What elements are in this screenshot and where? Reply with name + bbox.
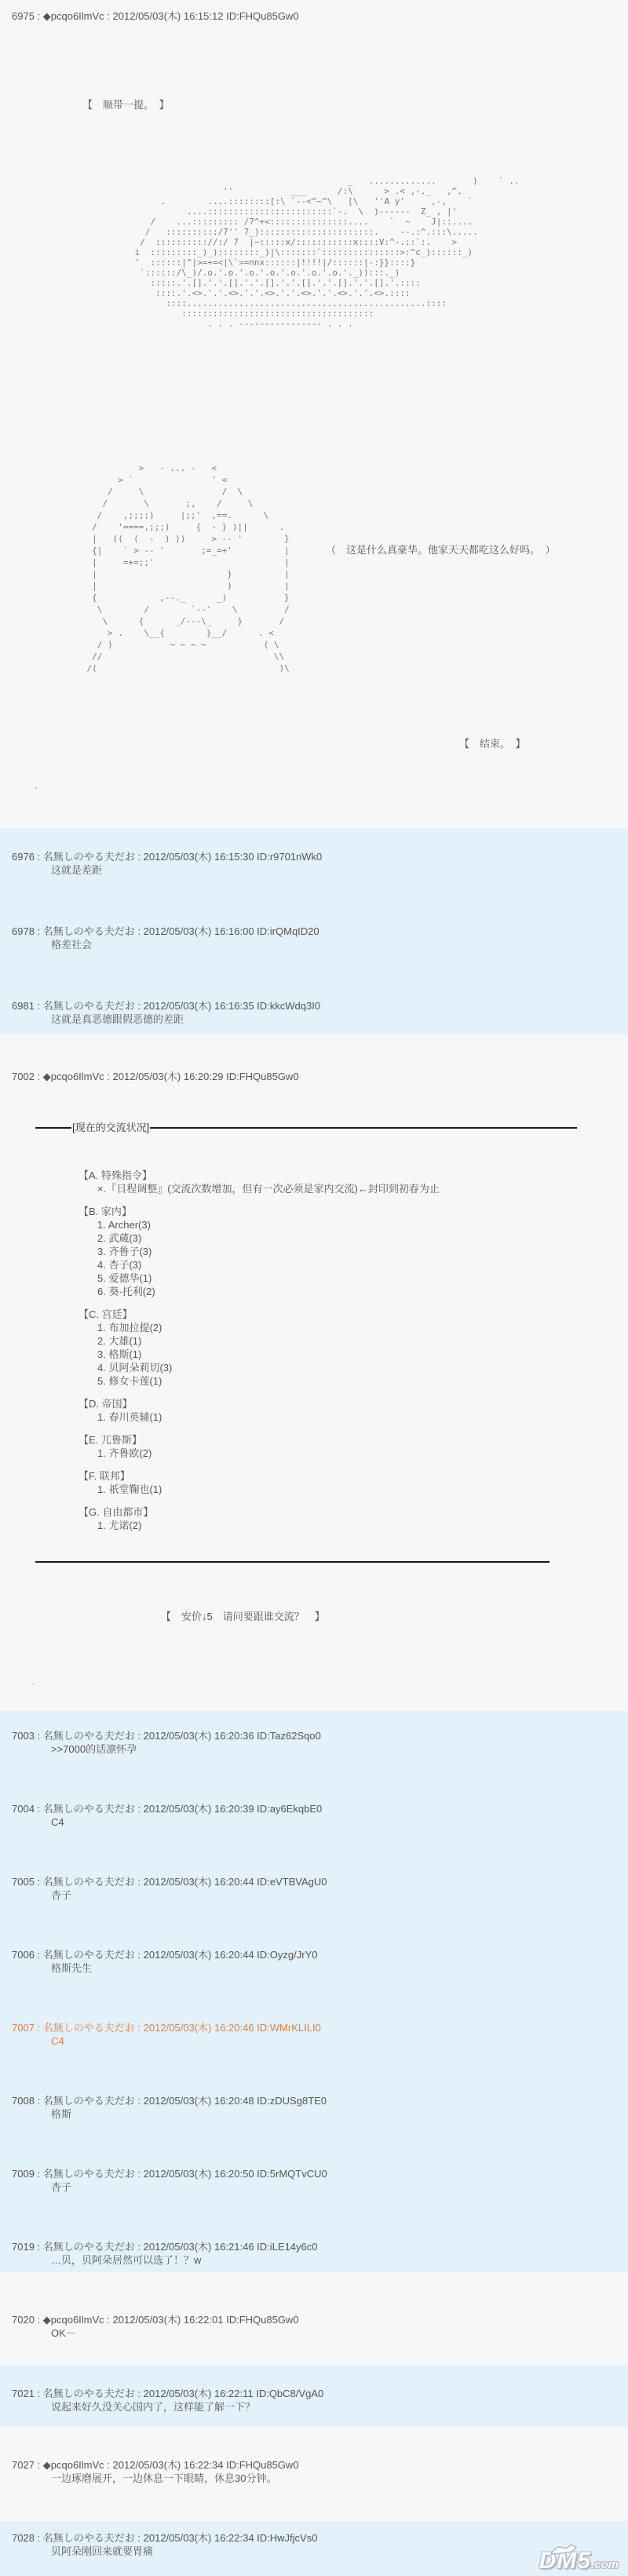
post-timestamp-id: 2012/05/03(木) 16:16:35 ID:kkcWdq3I0 <box>144 1000 320 1012</box>
post-timestamp-id: 2012/05/03(木) 16:22:11 ID:QbC8/VgA0 <box>144 2388 324 2399</box>
separator: : <box>135 2095 144 2107</box>
post-author-name: 名無しのやる夫だお <box>43 925 135 937</box>
post-number: 7009 <box>12 2168 35 2180</box>
roster-item: 3. 齐鲁子(3) <box>97 1245 628 1258</box>
separator: : <box>35 2532 43 2544</box>
divider-label: [现在的交流状况] <box>71 1121 150 1134</box>
roster-heading: 【C. 宫廷】 <box>78 1308 628 1321</box>
separator: : <box>35 925 43 937</box>
post-header: 7027 : ◆pcqo6IlmVc : 2012/05/03(木) 16:22… <box>12 2458 628 2472</box>
separator: : <box>135 851 144 863</box>
post-header: 7002 : ◆pcqo6IlmVc : 2012/05/03(木) 16:20… <box>12 1070 628 1083</box>
post-number: 7021 <box>12 2388 35 2399</box>
post-7002: 7002 : ◆pcqo6IlmVc : 2012/05/03(木) 16:20… <box>0 1034 628 1711</box>
separator: : <box>135 2022 144 2034</box>
divider-line-left <box>35 1127 71 1129</box>
separator: : <box>104 2314 113 2326</box>
post-number: 6978 <box>12 925 35 937</box>
separator: : <box>35 1949 43 1961</box>
separator: : <box>35 2241 43 2253</box>
post-number: 7007 <box>12 2022 35 2034</box>
separator: : <box>135 1876 144 1888</box>
post-author-tripcode: ◆pcqo6IlmVc <box>43 2314 104 2326</box>
stray-dot: . <box>32 1677 628 1687</box>
separator: : <box>35 1876 43 1888</box>
post-7028: 7028 : 名無しのやる夫だお : 2012/05/03(木) 16:22:3… <box>0 2521 628 2576</box>
roster-item: 6. 葵·托利(2) <box>97 1285 628 1298</box>
post-author-name: 名無しのやる夫だお <box>43 2022 135 2034</box>
roster-item: 4. 贝阿朵莉切(3) <box>97 1361 628 1374</box>
post-author-name: 名無しのやる夫だお <box>43 2095 135 2107</box>
post-6981: 6981 : 名無しのやる夫だお : 2012/05/03(木) 16:16:3… <box>0 999 628 1026</box>
dm5-watermark: DM5.com <box>539 2549 619 2573</box>
post-6975: 6975 : ◆pcqo6IlmVc : 2012/05/03(木) 16:15… <box>0 0 628 828</box>
post-author-tripcode: ◆pcqo6IlmVc <box>43 10 104 22</box>
roster-heading: 【A. 特殊指令】 <box>78 1169 628 1182</box>
status-divider: [现在的交流状况] <box>35 1121 577 1134</box>
separator: : <box>35 2314 43 2326</box>
post-header: 7004 : 名無しのやる夫だお : 2012/05/03(木) 16:20:3… <box>12 1802 628 1815</box>
narration-line: 【 顺带一提。 】 <box>82 98 628 111</box>
post-author-name: 名無しのやる夫だお <box>43 1803 135 1815</box>
separator: : <box>35 851 43 863</box>
post-timestamp-id: 2012/05/03(木) 16:20:50 ID:5rMQTvCU0 <box>144 2168 327 2180</box>
post-7005: 7005 : 名無しのやる夫だお : 2012/05/03(木) 16:20:4… <box>0 1875 628 1902</box>
thread-page: 6975 : ◆pcqo6IlmVc : 2012/05/03(木) 16:15… <box>0 0 628 2576</box>
post-timestamp-id: 2012/05/03(木) 16:20:39 ID:ay6EkqbE0 <box>144 1803 323 1815</box>
post-timestamp-id: 2012/05/03(木) 16:20:46 ID:WMrKLILI0 <box>144 2022 321 2034</box>
post-author-name: 名無しのやる夫だお <box>43 1730 135 1742</box>
roster-item: 5. 修女卡莲(1) <box>97 1374 628 1388</box>
roster-heading: 【E. 兀鲁斯】 <box>78 1433 628 1447</box>
post-header: 7028 : 名無しのやる夫だお : 2012/05/03(木) 16:22:3… <box>12 2531 628 2545</box>
post-header: 7003 : 名無しのやる夫だお : 2012/05/03(木) 16:20:3… <box>12 1729 628 1742</box>
roster-items: ×.『日程调整』(交流次数增加，但有一次必须是家内交流)←封印到初春为止 <box>78 1182 628 1195</box>
roster-item: 1. Archer(3) <box>97 1218 628 1231</box>
reader-posts-block-1: 6976 : 名無しのやる夫だお : 2012/05/03(木) 16:15:3… <box>0 828 628 1034</box>
post-number: 7003 <box>12 1730 35 1742</box>
post-header: 7009 : 名無しのやる夫だお : 2012/05/03(木) 16:20:5… <box>12 2167 628 2180</box>
separator: : <box>35 2022 43 2034</box>
post-header: 7021 : 名無しのやる夫だお : 2012/05/03(木) 16:22:1… <box>12 2387 628 2400</box>
post-author-name: 名無しのやる夫だお <box>43 1876 135 1888</box>
roster-heading: 【G. 自由都市】 <box>78 1505 628 1519</box>
roster-group-e: 【E. 兀鲁斯】 1. 齐鲁欧(2) <box>78 1433 628 1460</box>
roster-items: 1. 尤诺(2) <box>78 1519 628 1532</box>
divider-line-right <box>150 1127 577 1129</box>
post-header: 7005 : 名無しのやる夫だお : 2012/05/03(木) 16:20:4… <box>12 1875 628 1888</box>
separator: : <box>35 2388 43 2399</box>
post-header: 7007 : 名無しのやる夫だお : 2012/05/03(木) 16:20:4… <box>12 2021 628 2034</box>
post-text: 格斯 <box>51 2107 628 2121</box>
roster-group-b: 【B. 家内】 1. Archer(3)2. 武蔵(3)3. 齐鲁子(3)4. … <box>78 1205 628 1298</box>
post-author-name: 名無しのやる夫だお <box>43 2241 135 2253</box>
post-timestamp-id: 2012/05/03(木) 16:20:44 ID:Oyzg/JrY0 <box>144 1949 318 1961</box>
post-text: 这就是差距 <box>51 863 628 877</box>
exchange-roster: 【A. 特殊指令】 ×.『日程调整』(交流次数增加，但有一次必须是家内交流)←封… <box>78 1169 628 1532</box>
roster-group-f: 【F. 联邦】 1. 祇堂鞠也(1) <box>78 1469 628 1496</box>
separator: : <box>35 2095 43 2107</box>
post-7020: 7020 : ◆pcqo6IlmVc : 2012/05/03(木) 16:22… <box>0 2272 628 2365</box>
post-header: 6975 : ◆pcqo6IlmVc : 2012/05/03(木) 16:15… <box>12 9 628 23</box>
roster-items: 1. 春川英辅(1) <box>78 1410 628 1424</box>
post-timestamp-id: 2012/05/03(木) 16:22:34 ID:HwJfjcVs0 <box>144 2532 318 2544</box>
separator: : <box>35 1071 43 1082</box>
separator: : <box>104 1071 113 1082</box>
post-text: …贝，贝阿朵居然可以选了！？w <box>51 2253 628 2267</box>
separator: : <box>35 2168 43 2180</box>
post-7007-highlighted: 7007 : 名無しのやる夫だお : 2012/05/03(木) 16:20:4… <box>0 2021 628 2048</box>
post-number: 7019 <box>12 2241 35 2253</box>
roster-item: 1. 春川英辅(1) <box>97 1410 628 1424</box>
roster-group-a: 【A. 特殊指令】 ×.『日程调整』(交流次数增加，但有一次必须是家内交流)←封… <box>78 1169 628 1195</box>
post-author-name: 名無しのやる夫だお <box>43 2532 135 2544</box>
post-number: 7006 <box>12 1949 35 1961</box>
separator: : <box>135 2168 144 2180</box>
separator: : <box>35 2459 43 2471</box>
post-header: 7006 : 名無しのやる夫だお : 2012/05/03(木) 16:20:4… <box>12 1948 628 1961</box>
separator: : <box>135 1000 144 1012</box>
post-text: C4 <box>51 1815 628 1829</box>
roster-items: 1. Archer(3)2. 武蔵(3)3. 齐鲁子(3)4. 杏子(3)5. … <box>78 1218 628 1298</box>
post-timestamp-id: 2012/05/03(木) 16:20:44 ID:eVTBVAgU0 <box>144 1876 327 1888</box>
post-text: 杏子 <box>51 1888 628 1902</box>
dm5-brand-suffix: .com <box>591 2558 619 2571</box>
dm5-mascot-icon <box>549 2541 578 2559</box>
post-author-tripcode: ◆pcqo6IlmVc <box>43 1071 104 1082</box>
post-7021: 7021 : 名無しのやる夫だお : 2012/05/03(木) 16:22:1… <box>0 2365 628 2427</box>
post-timestamp-id: 2012/05/03(木) 16:21:46 ID:iLE14y6c0 <box>144 2241 318 2253</box>
roster-item: 5. 爱德华(1) <box>97 1272 628 1285</box>
separator: : <box>135 2532 144 2544</box>
post-timestamp-id: 2012/05/03(木) 16:16:00 ID:irQMqID20 <box>144 925 319 937</box>
post-number: 6975 <box>12 10 35 22</box>
post-author-name: 名無しのやる夫だお <box>43 1000 135 1012</box>
roster-group-c: 【C. 宫廷】 1. 布加拉提(2)2. 大雄(1)3. 格斯(1)4. 贝阿朵… <box>78 1308 628 1388</box>
post-header: 7020 : ◆pcqo6IlmVc : 2012/05/03(木) 16:22… <box>12 2313 628 2326</box>
bottom-divider-line <box>35 1561 549 1563</box>
roster-item: 3. 格斯(1) <box>97 1348 628 1361</box>
roster-items: 1. 齐鲁欧(2) <box>78 1447 628 1460</box>
roster-group-g: 【G. 自由都市】 1. 尤诺(2) <box>78 1505 628 1532</box>
post-header: 7019 : 名無しのやる夫だお : 2012/05/03(木) 16:21:4… <box>12 2240 628 2253</box>
post-text: 格斯先生 <box>51 1961 628 1975</box>
roster-heading: 【F. 联邦】 <box>78 1469 628 1483</box>
post-timestamp-id: 2012/05/03(木) 16:15:30 ID:r9701nWk0 <box>144 851 323 863</box>
post-author-name: 名無しのやる夫だお <box>43 851 135 863</box>
post-header: 6978 : 名無しのやる夫だお : 2012/05/03(木) 16:16:0… <box>12 925 628 938</box>
roster-item: 1. 齐鲁欧(2) <box>97 1447 628 1460</box>
post-number: 6981 <box>12 1000 35 1012</box>
stray-dot: . <box>35 780 628 790</box>
roster-item: 1. 祇堂鞠也(1) <box>97 1483 628 1496</box>
post-header: 7008 : 名無しのやる夫だお : 2012/05/03(木) 16:20:4… <box>12 2094 628 2107</box>
post-text: 杏子 <box>51 2180 628 2194</box>
roster-item: ×.『日程调整』(交流次数增加，但有一次必须是家内交流)←封印到初春为止 <box>97 1182 628 1195</box>
separator: : <box>135 2388 144 2399</box>
post-author-name: 名無しのやる夫だお <box>43 1949 135 1961</box>
post-number: 7020 <box>12 2314 35 2326</box>
post-timestamp-id: 2012/05/03(木) 16:20:29 ID:FHQu85Gw0 <box>113 1071 299 1082</box>
post-number: 7027 <box>12 2459 35 2471</box>
post-text: 格差社会 <box>51 938 628 951</box>
post-text: OK－ <box>51 2326 628 2340</box>
post-text: 一边琢磨展开，一边休息一下眼睛，休息30分钟。 <box>51 2472 628 2485</box>
end-line: 【 结束。 】 <box>459 737 628 750</box>
separator: : <box>135 925 144 937</box>
post-timestamp-id: 2012/05/03(木) 16:22:01 ID:FHQu85Gw0 <box>113 2314 299 2326</box>
separator: : <box>135 2241 144 2253</box>
roster-items: 1. 布加拉提(2)2. 大雄(1)3. 格斯(1)4. 贝阿朵莉切(3)5. … <box>78 1321 628 1388</box>
post-author-tripcode: ◆pcqo6IlmVc <box>43 2459 104 2471</box>
separator: : <box>104 10 113 22</box>
separator: : <box>35 1730 43 1742</box>
reader-posts-block-2: 7003 : 名無しのやる夫だお : 2012/05/03(木) 16:20:3… <box>0 1711 628 2272</box>
roster-item: 1. 尤诺(2) <box>97 1519 628 1532</box>
roster-group-d: 【D. 帝国】 1. 春川英辅(1) <box>78 1397 628 1424</box>
roster-item: 2. 大雄(1) <box>97 1334 628 1348</box>
post-header: 6981 : 名無しのやる夫だお : 2012/05/03(木) 16:16:3… <box>12 999 628 1013</box>
post-author-name: 名無しのやる夫だお <box>43 2168 135 2180</box>
post-timestamp-id: 2012/05/03(木) 16:20:36 ID:Taz62Sqo0 <box>144 1730 321 1742</box>
post-number: 7008 <box>12 2095 35 2107</box>
separator: : <box>35 1000 43 1012</box>
post-number: 6976 <box>12 851 35 863</box>
post-header: 6976 : 名無しのやる夫だお : 2012/05/03(木) 16:15:3… <box>12 850 628 863</box>
roster-heading: 【B. 家内】 <box>78 1205 628 1218</box>
inner-monologue-text: （ 这是什么真豪华。他家天天都吃这么好吗。 ） <box>326 542 556 556</box>
post-number: 7002 <box>12 1071 35 1082</box>
separator: : <box>35 1803 43 1815</box>
post-timestamp-id: 2012/05/03(木) 16:20:48 ID:zDUSg8TE0 <box>144 2095 327 2107</box>
post-number: 7005 <box>12 1876 35 1888</box>
post-7003: 7003 : 名無しのやる夫だお : 2012/05/03(木) 16:20:3… <box>0 1729 628 1756</box>
post-text: C4 <box>51 2034 628 2048</box>
post-text: >>7000的话凛怀孕 <box>51 1742 628 1756</box>
roster-item: 1. 布加拉提(2) <box>97 1321 628 1334</box>
post-7004: 7004 : 名無しのやる夫だお : 2012/05/03(木) 16:20:3… <box>0 1802 628 1829</box>
post-timestamp-id: 2012/05/03(木) 16:22:34 ID:FHQu85Gw0 <box>113 2459 299 2471</box>
post-author-name: 名無しのやる夫だお <box>43 2388 135 2399</box>
post-7009: 7009 : 名無しのやる夫だお : 2012/05/03(木) 16:20:5… <box>0 2167 628 2194</box>
post-number: 7004 <box>12 1803 35 1815</box>
post-7008: 7008 : 名無しのやる夫だお : 2012/05/03(木) 16:20:4… <box>0 2094 628 2121</box>
roster-item: 2. 武蔵(3) <box>97 1231 628 1245</box>
ascii-art-banquet: _ ............. ) ` .. '' ___ /:\ > .< ,… <box>88 176 628 329</box>
separator: : <box>135 1803 144 1815</box>
separator: : <box>135 1949 144 1961</box>
post-6976: 6976 : 名無しのやる夫だお : 2012/05/03(木) 16:15:3… <box>0 850 628 877</box>
separator: : <box>135 1730 144 1742</box>
separator: : <box>104 2459 113 2471</box>
roster-items: 1. 祇堂鞠也(1) <box>78 1483 628 1496</box>
ascii-art-face: > - ... - < > ` ' < / \ / \ / \ ;, / \ /… <box>66 462 628 674</box>
separator: : <box>35 10 43 22</box>
post-number: 7028 <box>12 2532 35 2544</box>
anchor-prompt-line: 【 安价↓5 请问要跟谁交流？ 】 <box>161 1610 628 1623</box>
roster-item: 4. 杏子(3) <box>97 1258 628 1272</box>
post-7006: 7006 : 名無しのやる夫だお : 2012/05/03(木) 16:20:4… <box>0 1948 628 1975</box>
post-6978: 6978 : 名無しのやる夫だお : 2012/05/03(木) 16:16:0… <box>0 925 628 951</box>
roster-heading: 【D. 帝国】 <box>78 1397 628 1410</box>
post-timestamp-id: 2012/05/03(木) 16:15:12 ID:FHQu85Gw0 <box>113 10 299 22</box>
post-text: 这就是真恶德跟假恶德的差距 <box>51 1013 628 1026</box>
post-7027: 7027 : ◆pcqo6IlmVc : 2012/05/03(木) 16:22… <box>0 2427 628 2521</box>
post-7019: 7019 : 名無しのやる夫だお : 2012/05/03(木) 16:21:4… <box>0 2240 628 2267</box>
post-text: 说起来好久没关心国内了，这样能了解一下？ <box>51 2400 628 2414</box>
